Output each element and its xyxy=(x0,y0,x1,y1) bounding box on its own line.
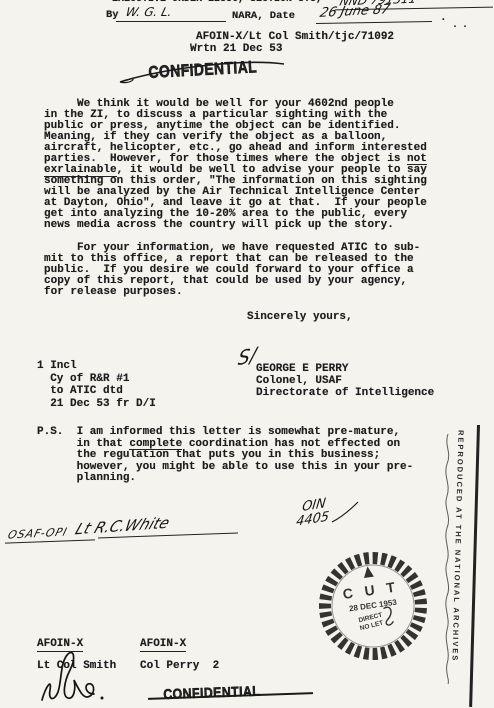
enclosure-block: 1 Incl Cy of R&R #1 to ATIC dtd 21 Dec 5… xyxy=(37,360,156,410)
underline-complete xyxy=(129,449,182,450)
smith-signature-scribble xyxy=(38,648,118,706)
footer-right-name: Col Perry 2 xyxy=(140,660,219,672)
margin-scribble xyxy=(442,434,454,684)
confidential-strike-mark xyxy=(118,56,288,90)
signature-unit: Directorate of Intelligence xyxy=(256,387,434,399)
declass-period: . xyxy=(440,12,447,24)
declass-by-label: By xyxy=(106,9,119,21)
declass-by-initials-handwritten: W. G. L. xyxy=(124,5,173,19)
confidential-stamp-bottom: CONFIDENTIAL xyxy=(163,683,260,702)
letter-paragraph-2: For your information, we have requested … xyxy=(44,243,420,298)
underline xyxy=(316,21,432,24)
pen-flourish xyxy=(330,500,360,526)
page-fold-line xyxy=(469,425,479,707)
footer-right-office: AFOIN-X xyxy=(140,638,186,652)
declass-date-handwritten: 26 June 87 xyxy=(318,2,391,21)
closing-line: Sincerely yours, xyxy=(247,311,353,323)
declass-nara-label: NARA, Date xyxy=(232,10,295,22)
postscript-block: P.S. I am informed this letter is somewh… xyxy=(37,427,413,485)
signature-rank: Colonel, USAF xyxy=(256,375,342,387)
osaf-office-handwritten: OSAF-OPI xyxy=(6,525,69,541)
underline-not xyxy=(407,164,427,165)
letter-paragraph-1: We think it would be well for your 4602n… xyxy=(44,99,427,231)
circular-date-stamp: C U T 28 DEC 1953 DIRECT NO LET xyxy=(317,550,429,662)
underline xyxy=(116,21,226,22)
stamp-scribble xyxy=(383,607,393,626)
signature-name: GEORGE E PERRY xyxy=(256,363,348,375)
underline-exrlainable xyxy=(44,176,117,177)
speck-marks: .. xyxy=(452,20,472,31)
header-written-line: Wrtn 21 Dec 53 xyxy=(190,43,282,55)
signed-initial-handwritten: S/ xyxy=(237,344,257,371)
scanned-letter-page: EXECUTIVE ORDER 12356, SECTION 3.3, NND … xyxy=(0,0,494,708)
header-office-line: AFOIN-X/Lt Col Smith/tjc/71092 xyxy=(196,31,394,43)
